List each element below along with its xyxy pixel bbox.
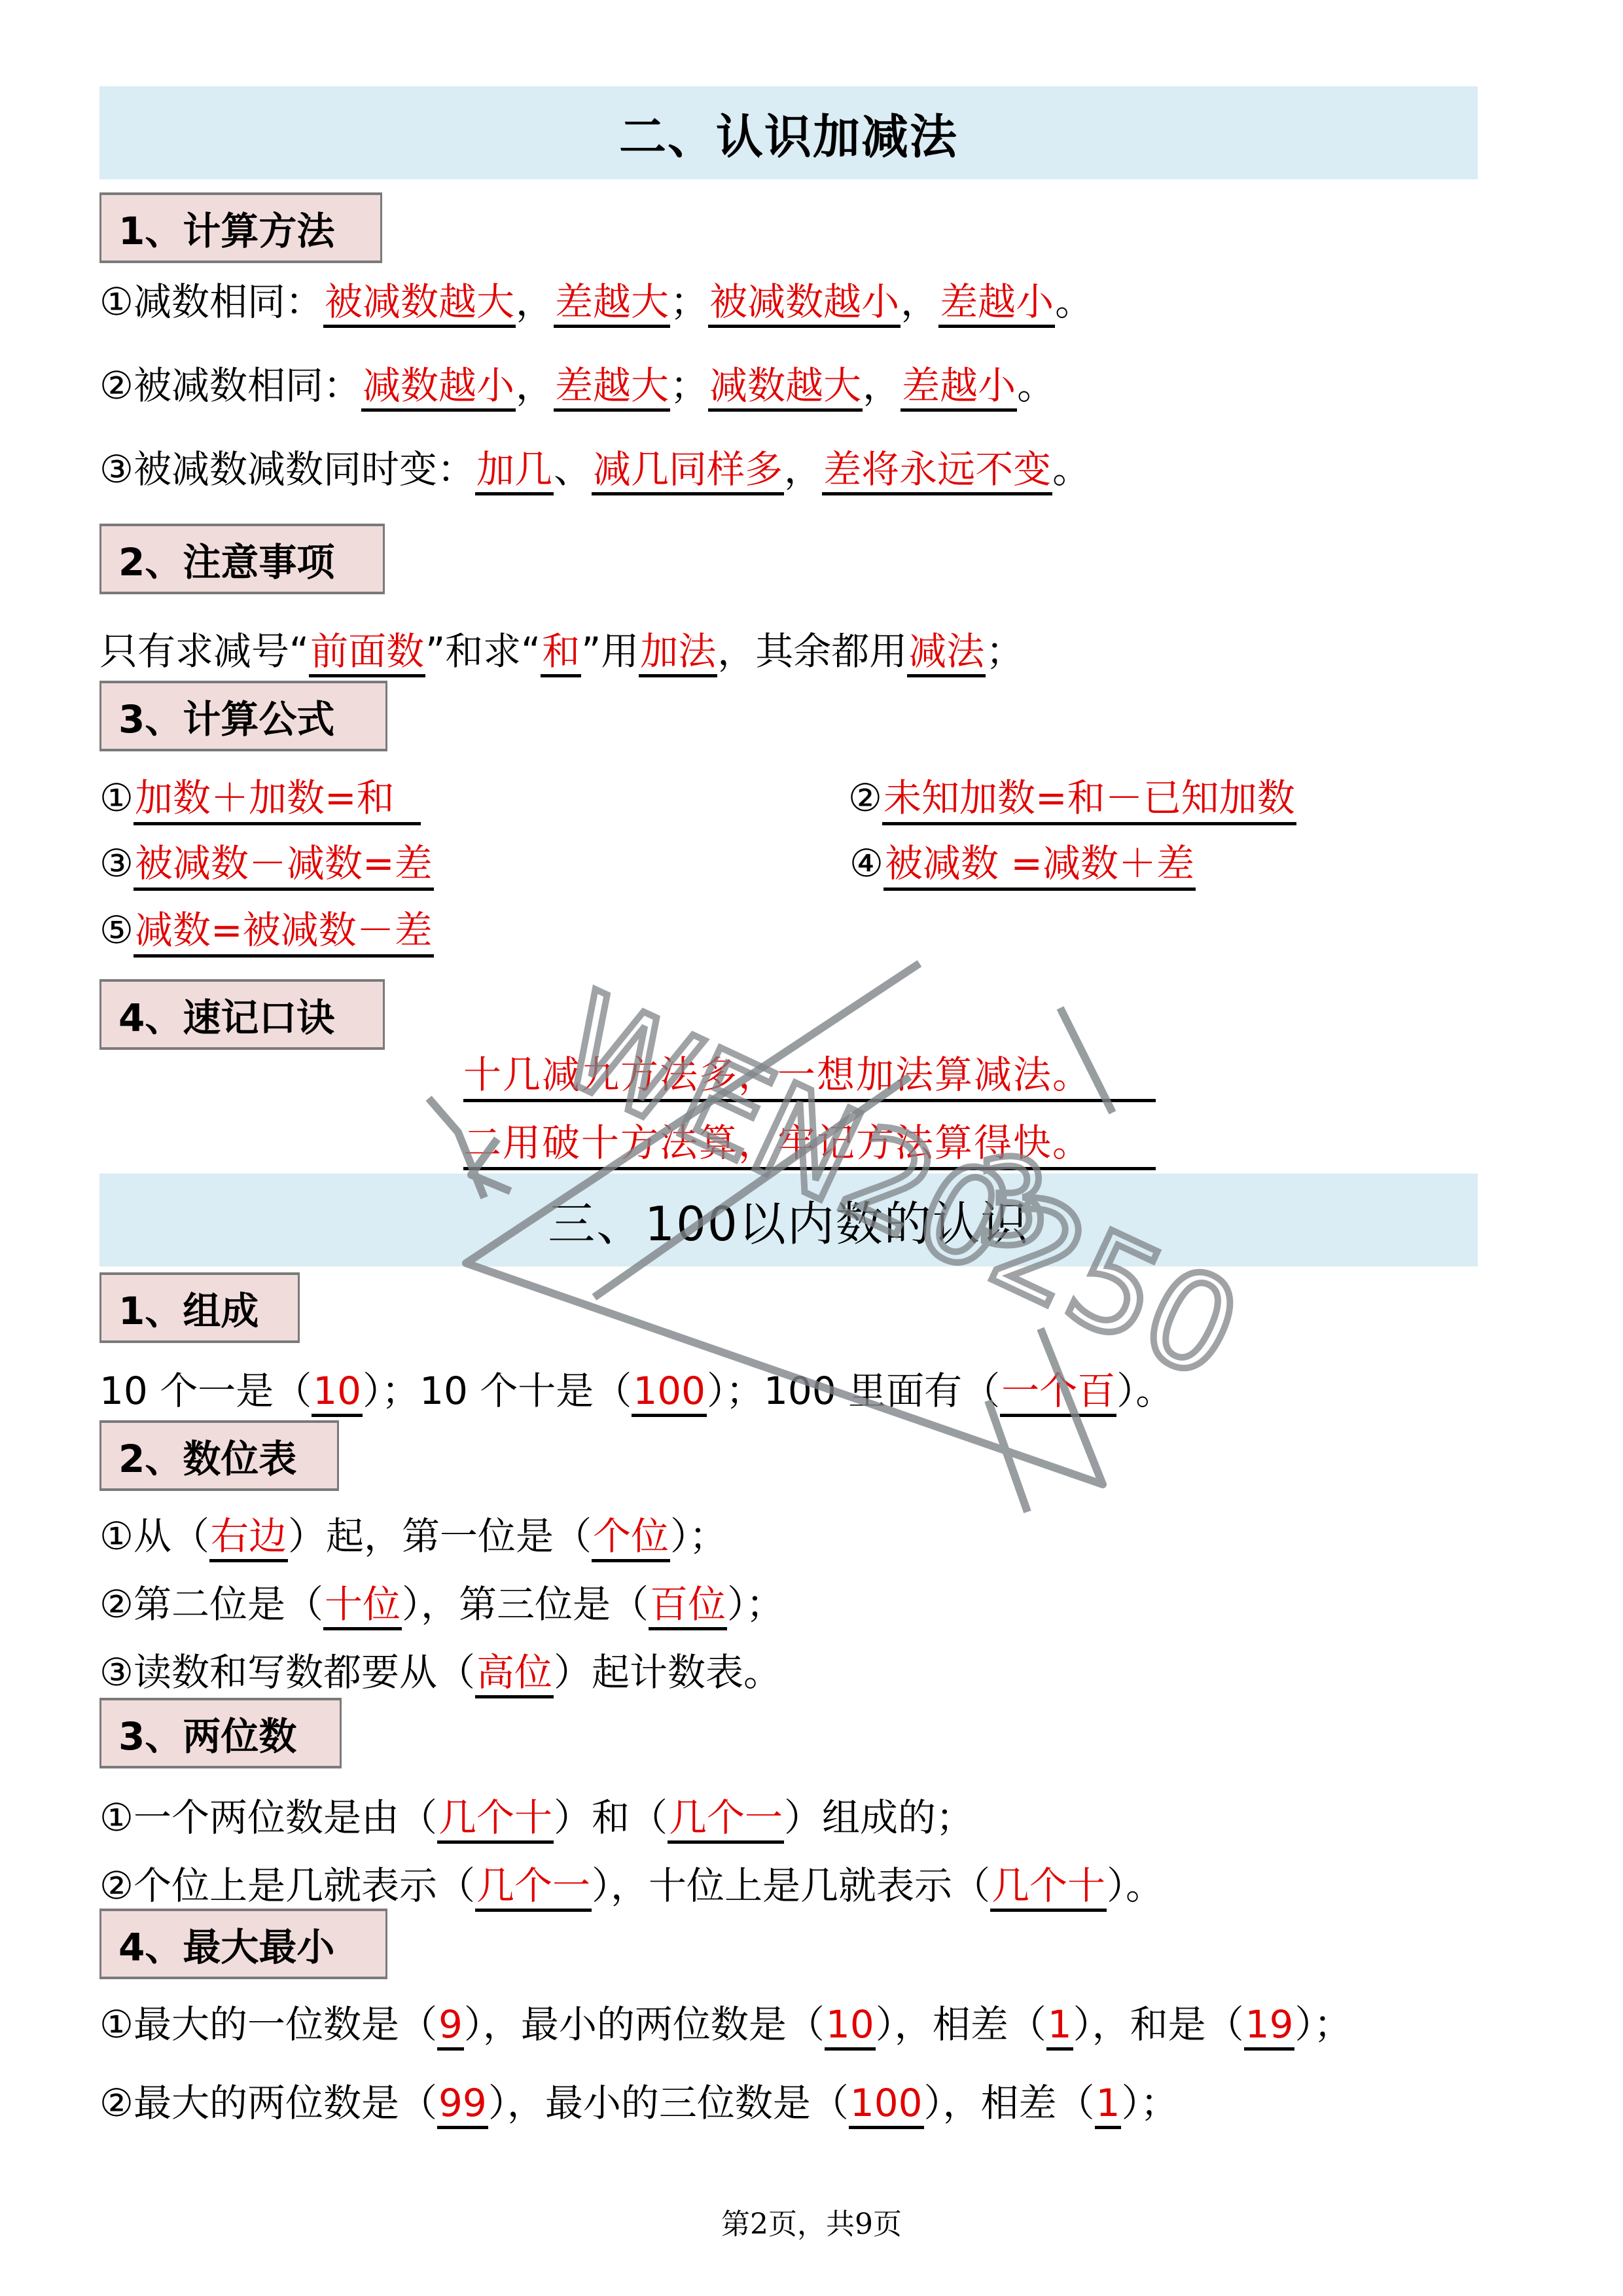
punct: ， [863, 363, 901, 408]
text: ）； [670, 1514, 727, 1558]
answer-blank: 被减数越大 [323, 283, 516, 328]
text: ），十位上是几就表示（ [592, 1863, 990, 1908]
place-table-line-2: ②第二位是（十位），第三位是（百位）； [99, 1585, 784, 1630]
text: ①最大的一位数是（ [99, 2002, 437, 2047]
punct: ， [901, 279, 938, 324]
subsection-label-formulas: 3、计算公式 [99, 681, 387, 751]
max-min-line-1: ①最大的一位数是（9），最小的两位数是（10），相差（1），和是（19）； [99, 2005, 1352, 2051]
answer-blank: 9 [437, 2005, 464, 2051]
formula-3: ③被减数－减数=差 [99, 844, 434, 891]
line-prefix: ③被减数减数同时变： [99, 447, 475, 492]
formula-1: ①加数＋加数=和 [99, 779, 421, 825]
text: ； [986, 629, 1024, 673]
answer-blank: 几个十 [990, 1867, 1107, 1912]
two-digit-line-2: ②个位上是几就表示（几个一），十位上是几就表示（几个十）。 [99, 1867, 1164, 1912]
text: ①一个两位数是由（ [99, 1795, 437, 1840]
answer-blank: 100 [632, 1372, 707, 1417]
composition-line: 10 个一是（10）；10 个十是（100）；100 里面有（一个百）。 [99, 1372, 1173, 1417]
answer-blank: 差越小 [938, 283, 1055, 328]
answer-blank: 几个一 [475, 1867, 592, 1912]
subsection-label-text: 4、最大最小 [118, 1916, 334, 1971]
text: ）； [1294, 2002, 1351, 2047]
subsection-label-notes: 2、注意事项 [99, 524, 385, 594]
punct: ； [670, 279, 708, 324]
text: ），相差（ [924, 2081, 1095, 2125]
subsection-label-text: 3、计算公式 [118, 689, 334, 744]
place-table-line-1: ①从（右边）起，第一位是（个位）； [99, 1517, 727, 1562]
text: ）起，第一位是（ [288, 1514, 592, 1558]
formula-2: ②未知加数=和－已知加数 [848, 779, 1296, 825]
punct: 。 [1017, 363, 1055, 408]
text: ）；10 个十是（ [363, 1369, 632, 1413]
text: ）； [1121, 2081, 1178, 2125]
text: ）。 [1107, 1863, 1164, 1908]
text: ）组成的； [784, 1795, 974, 1840]
subsection-label-mnemonic: 4、速记口诀 [99, 979, 385, 1050]
punct: ， [784, 447, 822, 492]
text: ”用 [581, 629, 639, 673]
line-prefix: ②被减数相同： [99, 363, 361, 408]
calc-method-line-3: ③被减数减数同时变：加几、减几同样多，差将永远不变。 [99, 450, 1090, 495]
subsection-label-max-min: 4、最大最小 [99, 1909, 387, 1979]
formula-text: 减数=被减数－差 [134, 911, 434, 958]
page-number: 第2页，共9页 [0, 2200, 1623, 2242]
formula-5: ⑤减数=被减数－差 [99, 911, 434, 958]
answer-blank: 几个一 [668, 1799, 784, 1844]
punct: ， [516, 279, 554, 324]
text: ”和求“ [425, 629, 541, 673]
text: ），相差（ [876, 2002, 1046, 2047]
punct: 。 [1052, 447, 1090, 492]
text: ①从（ [99, 1514, 209, 1558]
subsection-label-place-table: 2、数位表 [99, 1420, 339, 1491]
text: ②个位上是几就表示（ [99, 1863, 475, 1908]
answer-blank: 100 [849, 2084, 924, 2129]
formula-text: 加数＋加数=和 [134, 779, 421, 825]
subsection-label-text: 4、速记口诀 [118, 987, 334, 1042]
answer-blank: 前面数 [309, 632, 425, 677]
formula-number: ② [848, 776, 882, 820]
text: ）； [727, 1582, 784, 1626]
answer-blank: 99 [437, 2084, 488, 2129]
answer-blank: 百位 [649, 1585, 727, 1630]
subsection-label-text: 2、数位表 [118, 1428, 296, 1483]
answer-blank: 19 [1244, 2005, 1295, 2051]
text: ）；100 里面有（ [707, 1369, 1000, 1413]
subsection-label-text: 3、两位数 [118, 1706, 296, 1761]
answer-blank: 1 [1095, 2084, 1122, 2129]
answer-blank: 加法 [639, 632, 717, 677]
section-title-text: 三、100以内数的认识 [548, 1186, 1029, 1254]
notes-line: 只有求减号“前面数”和求“和”用加法，其余都用减法； [99, 632, 1024, 677]
section-title-addition-subtraction: 二、认识加减法 [99, 86, 1478, 179]
subsection-label-text: 1、组成 [118, 1280, 259, 1335]
section-title-text: 二、认识加减法 [619, 99, 958, 167]
place-table-line-3: ③读数和写数都要从（高位）起计数表。 [99, 1653, 781, 1698]
answer-blank: 减数越小 [361, 367, 516, 412]
text: ）起计数表。 [554, 1650, 781, 1695]
calc-method-line-1: ①减数相同：被减数越大，差越大；被减数越小，差越小。 [99, 283, 1093, 328]
formula-text: 被减数 =减数＋差 [883, 844, 1196, 891]
answer-blank: 10 [825, 2005, 876, 2051]
answer-blank: 右边 [209, 1517, 288, 1562]
text: ），最小的三位数是（ [488, 2081, 849, 2125]
text: ），和是（ [1073, 2002, 1244, 2047]
punct: ； [670, 363, 708, 408]
punct: ， [516, 363, 554, 408]
answer-blank: 1 [1046, 2005, 1073, 2051]
answer-blank: 一个百 [1000, 1372, 1116, 1417]
text: ），第三位是（ [402, 1582, 649, 1626]
answer-blank: 几个十 [437, 1799, 554, 1844]
subsection-label-composition: 1、组成 [99, 1272, 300, 1343]
subsection-label-two-digit: 3、两位数 [99, 1698, 342, 1768]
formula-number: ⑤ [99, 908, 134, 952]
subsection-label-text: 2、注意事项 [118, 531, 334, 586]
text: 10 个一是（ [99, 1369, 312, 1413]
formula-text: 未知加数=和－已知加数 [882, 779, 1296, 825]
answer-blank: 差越小 [901, 367, 1017, 412]
formula-number: ③ [99, 841, 134, 886]
punct: 、 [554, 447, 592, 492]
answer-blank: 差越大 [554, 367, 670, 412]
subsection-label-text: 1、计算方法 [118, 200, 334, 255]
answer-blank: 和 [541, 632, 581, 677]
answer-blank: 10 [312, 1372, 363, 1417]
formula-text: 被减数－减数=差 [134, 844, 434, 891]
formula-number: ④ [849, 841, 883, 886]
text: ③读数和写数都要从（ [99, 1650, 475, 1695]
text: ，其余都用 [717, 629, 907, 673]
mnemonic-line-2: 二用破十方法算，牢记方法算得快。 [463, 1123, 1156, 1170]
text: ②第二位是（ [99, 1582, 323, 1626]
text: ）。 [1116, 1369, 1173, 1413]
formula-number: ① [99, 776, 134, 820]
text: ），最小的两位数是（ [464, 2002, 825, 2047]
formula-4: ④被减数 =减数＋差 [849, 844, 1196, 891]
answer-blank: 高位 [475, 1653, 554, 1698]
answer-blank: 减数越大 [708, 367, 863, 412]
answer-blank: 个位 [592, 1517, 670, 1562]
two-digit-line-1: ①一个两位数是由（几个十）和（几个一）组成的； [99, 1799, 974, 1844]
calc-method-line-2: ②被减数相同：减数越小，差越大；减数越大，差越小。 [99, 367, 1055, 412]
line-prefix: ①减数相同： [99, 279, 323, 324]
answer-blank: 加几 [475, 450, 554, 495]
answer-blank: 差将永远不变 [822, 450, 1052, 495]
answer-blank: 被减数越小 [708, 283, 901, 328]
text: ）和（ [554, 1795, 668, 1840]
answer-blank: 减几同样多 [592, 450, 784, 495]
text: 只有求减号“ [99, 629, 309, 673]
punct: 。 [1055, 279, 1093, 324]
answer-blank: 减法 [907, 632, 986, 677]
max-min-line-2: ②最大的两位数是（99），最小的三位数是（100），相差（1）； [99, 2084, 1178, 2129]
section-title-numbers-within-100: 三、100以内数的认识 [99, 1174, 1478, 1266]
answer-blank: 十位 [323, 1585, 402, 1630]
text: ②最大的两位数是（ [99, 2081, 437, 2125]
mnemonic-line-1: 十几减九方法多，一想加法算减法。 [463, 1055, 1156, 1102]
answer-blank: 差越大 [554, 283, 670, 328]
subsection-label-calc-method: 1、计算方法 [99, 192, 382, 263]
